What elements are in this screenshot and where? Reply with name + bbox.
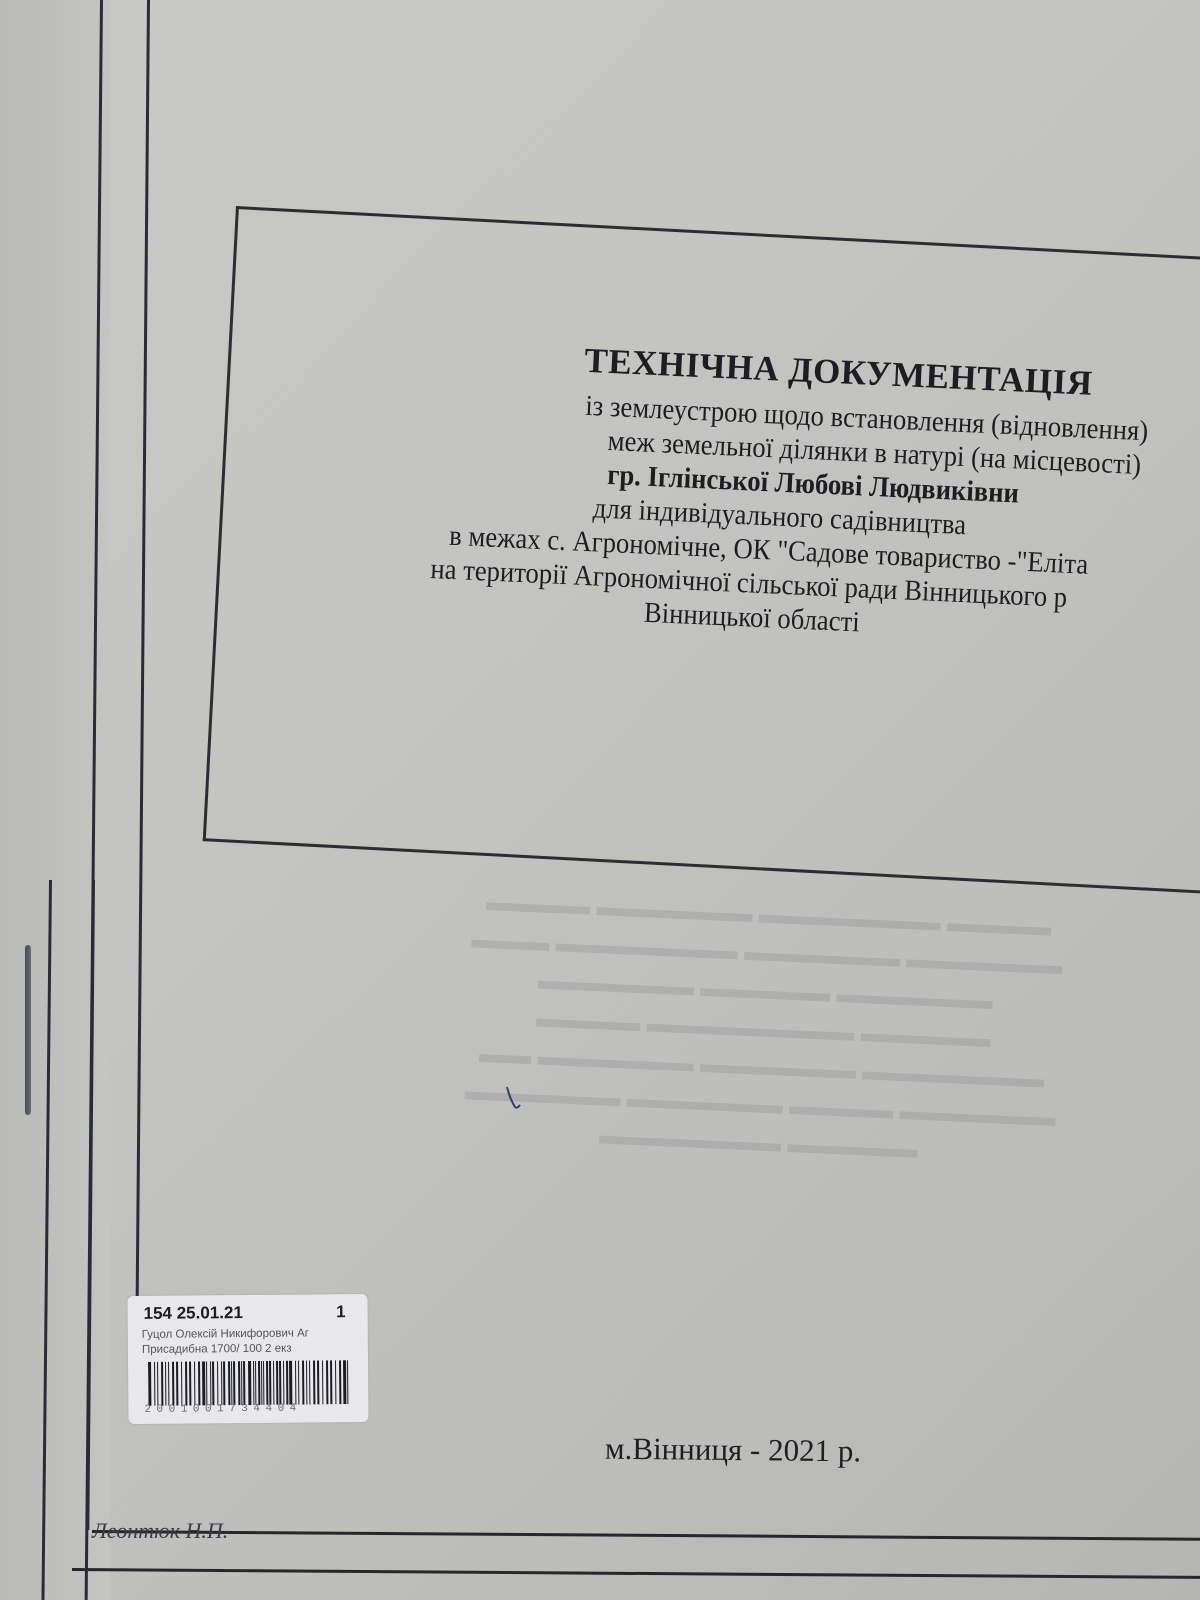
barcode-digits: 2001001734404: [144, 1403, 301, 1416]
label-detail-line: Присадибна 1700/ 100 2 екз: [142, 1343, 292, 1356]
label-copy-number: 1: [336, 1302, 346, 1322]
label-owner-line: Гуцол Олексій Никифорович Аг: [142, 1327, 309, 1340]
bleed-through-text: ▬▬▬▬ ▬▬▬▬▬▬ ▬▬▬▬▬▬▬ ▬▬▬▬ ▬▬▬ ▬▬▬▬▬▬▬ ▬▬▬…: [408, 880, 1119, 1177]
label-number-date: 154 25.01.21: [144, 1303, 243, 1323]
frame-line-bottom-inner: [92, 1530, 1200, 1541]
author-name: Леонтюк Н.П.: [92, 1518, 228, 1544]
frame-line-inner-left: [135, 0, 150, 1330]
barcode-icon: [148, 1360, 353, 1406]
title-block: ТЕХНІЧНА ДОКУМЕНТАЦІЯ із землеустрою щод…: [247, 326, 1200, 657]
pen-tick-mark-icon: [505, 1085, 523, 1111]
label-header: 154 25.01.21 1: [144, 1302, 356, 1324]
staple: [25, 945, 31, 1115]
frame-line-bottom-outer: [72, 1568, 1200, 1579]
barcode-label: 154 25.01.21 1 Гуцол Олексій Никифорович…: [127, 1294, 368, 1424]
city-year: м.Вінниця - 2021 р.: [605, 1431, 861, 1470]
